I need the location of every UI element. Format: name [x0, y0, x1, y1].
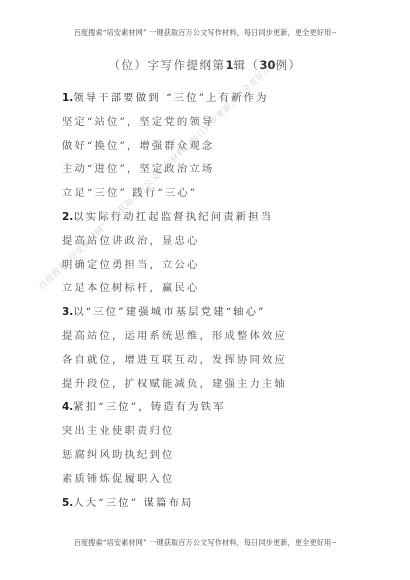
list-item: 各自就位，增进互联互动，发挥协同效应 — [62, 349, 287, 373]
title-volume-number: 1 — [225, 58, 233, 72]
section-heading-text: 领导干部要做到 “三位”上有新作为 — [73, 92, 268, 104]
list-item: 突出主业使职责归位 — [62, 420, 287, 444]
list-item: 立足本位树标杆，赢民心 — [62, 277, 287, 301]
list-item: 坚定“站位”，坚定党的领导 — [62, 111, 287, 135]
page-footer: 百度搜索“培安素材网” 一键获取百万公文写作材料，每日同步更新，更全更好用-- — [0, 538, 410, 548]
section-heading: 2.以实际行动扛起监督执纪问责新担当 — [62, 206, 287, 230]
section-heading: 5.人大“三位” 谋篇布局 — [62, 492, 287, 516]
list-item: 明确定位勇担当，立公心 — [62, 254, 287, 278]
document-body: 1.领导干部要做到 “三位”上有新作为 坚定“站位”，坚定党的领导 做好“换位”… — [62, 87, 287, 515]
list-item: 提高站位讲政治，显忠心 — [62, 230, 287, 254]
section-number: 3. — [62, 306, 73, 318]
section-heading-text: 人大“三位” 谋篇布局 — [73, 497, 193, 509]
list-item: 提高站位，运用系统思维，形成整体效应 — [62, 325, 287, 349]
section-heading-text: 以实际行动扛起监督执纪问责新担当 — [73, 211, 273, 223]
title-prefix: （位）字写作提纲第 — [108, 58, 225, 72]
list-item: 提升段位，扩权赋能减负，建强主力主轴 — [62, 373, 287, 397]
title-mid: 辑（ — [234, 58, 260, 72]
title-count: 30 — [260, 58, 276, 72]
list-item: 惩腐纠风助执纪到位 — [62, 444, 287, 468]
page-header: 百度搜索“培安素材网” 一键获取百万公文写作材料，每日同步更新，更全更好用-- — [0, 28, 410, 38]
section-number: 5. — [62, 497, 73, 509]
list-item: 主动“进位”，坚定政治立场 — [62, 158, 287, 182]
section-number: 1. — [62, 92, 73, 104]
list-item: 立足“三位” 践行“三心” — [62, 182, 287, 206]
section-number: 2. — [62, 211, 73, 223]
title-suffix: 例） — [276, 58, 302, 72]
document-title: （位）字写作提纲第1辑（30例） — [0, 57, 410, 73]
list-item: 素质锤炼促履职入位 — [62, 468, 287, 492]
list-item: 做好“换位”，增强群众观念 — [62, 135, 287, 159]
section-heading: 1.领导干部要做到 “三位”上有新作为 — [62, 87, 287, 111]
section-heading: 3.以“三位”建强城市基层党建“轴心” — [62, 301, 287, 325]
section-heading-text: 以“三位”建强城市基层党建“轴心” — [73, 306, 265, 318]
section-heading-text: 紧扣“三位”，铸造有为铁军 — [73, 401, 225, 413]
section-heading: 4.紧扣“三位”，铸造有为铁军 — [62, 396, 287, 420]
section-number: 4. — [62, 401, 73, 413]
